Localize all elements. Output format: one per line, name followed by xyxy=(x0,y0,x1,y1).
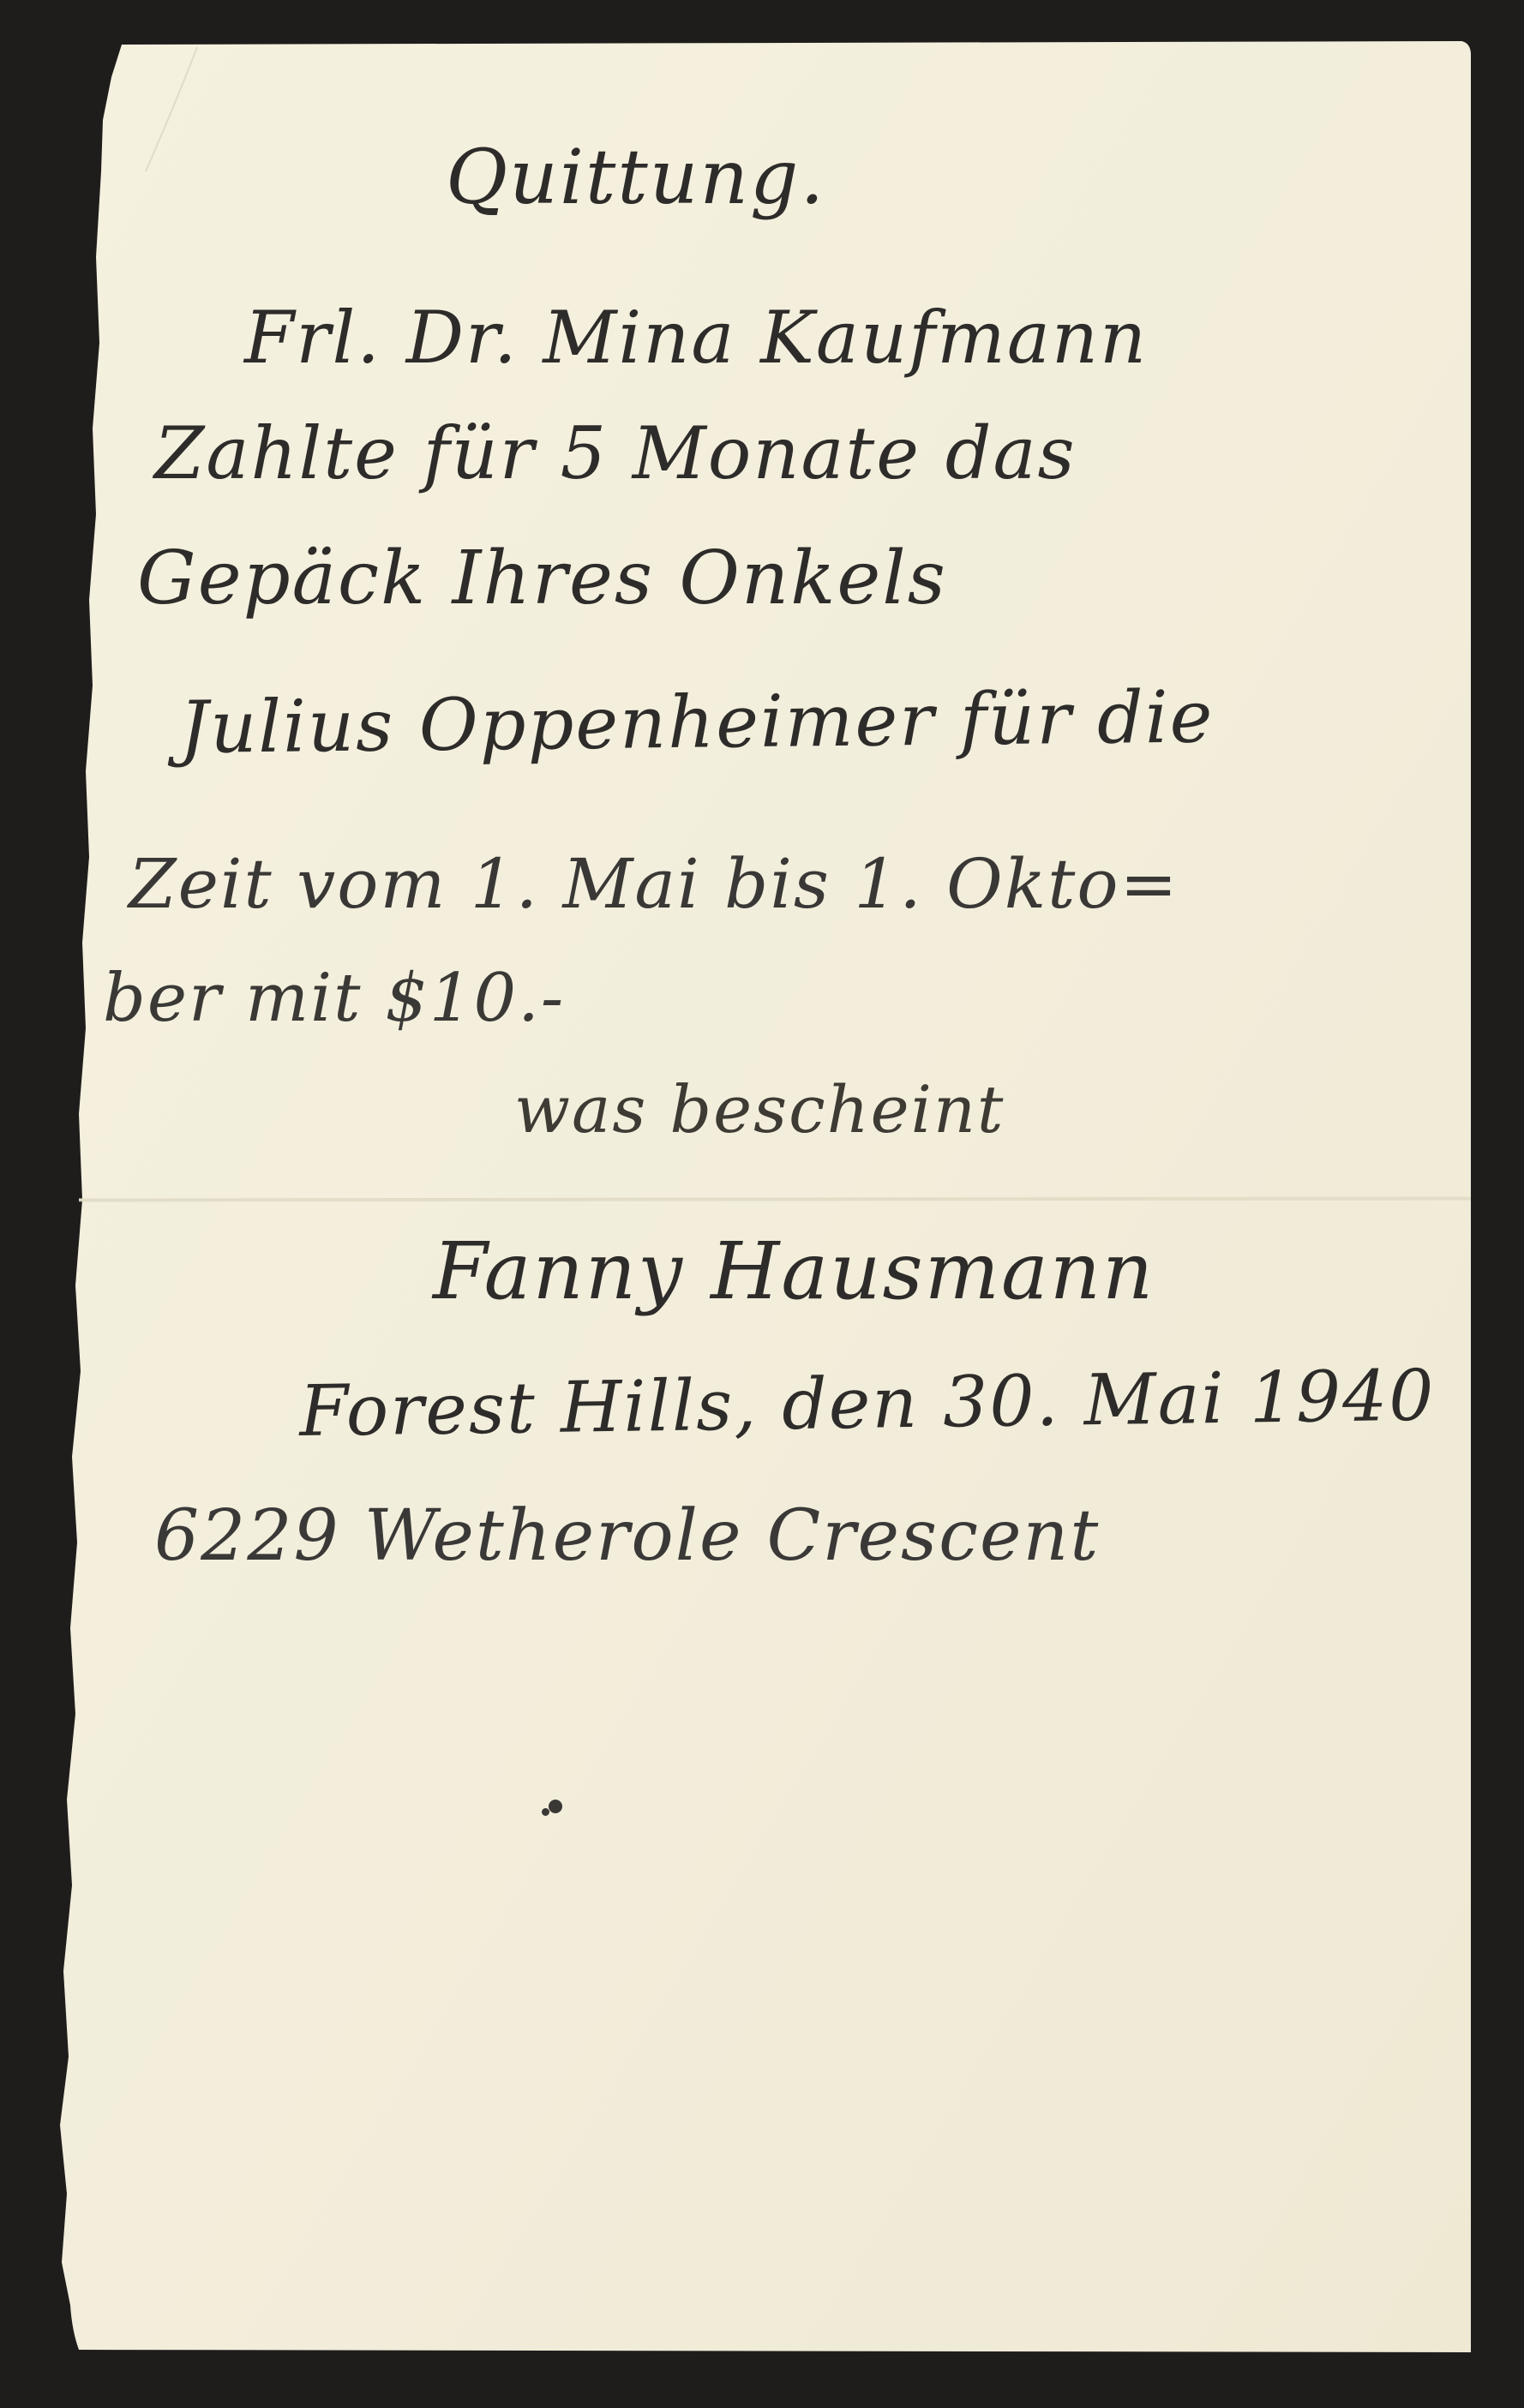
luggage-line: Gepäck Ihres Onkels xyxy=(137,536,947,621)
address: 6229 Wetherole Crescent xyxy=(154,1495,1100,1577)
period-line: Zeit vom 1. Mai bis 1. Okto= xyxy=(129,844,1179,924)
payment-line: Zahlte für 5 Monate das xyxy=(154,411,1077,495)
recipient-line: Frl. Dr. Mina Kaufmann xyxy=(244,296,1148,380)
certification-line: was bescheint xyxy=(514,1071,1005,1147)
uncle-name-line: Julius Oppenheimer für die xyxy=(179,674,1215,770)
ink-spot xyxy=(549,1800,562,1813)
amount-line: ber mit $10.- xyxy=(103,960,565,1037)
ink-spot xyxy=(542,1808,549,1816)
receipt-title: Quittung. xyxy=(446,133,825,221)
signature: Fanny Hausmann xyxy=(433,1225,1155,1317)
fold-line xyxy=(79,1198,1471,1200)
place-date: Forest Hills, den 30. Mai 1940 xyxy=(299,1356,1436,1453)
